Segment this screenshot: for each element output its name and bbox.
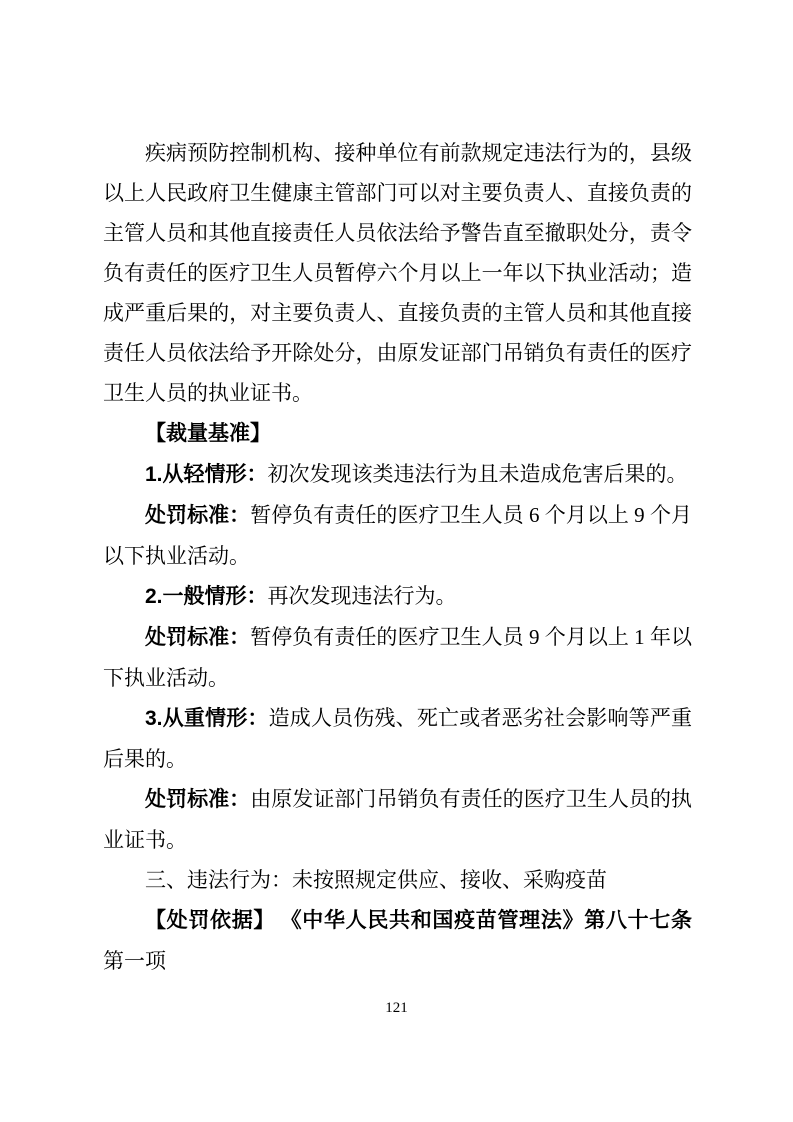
heading-discretion-criteria-label: 【裁量基准】 — [145, 422, 271, 445]
item-2-general-text: 再次发现违法行为。 — [268, 584, 457, 608]
penalty-basis-tail: 第一项 — [103, 949, 166, 973]
item-3-severe-circumstance: 3.从重情形：造成人员伤残、死亡或者恶劣社会影响等严重后果的。 — [103, 698, 692, 779]
item-1-lenient-label: 1.从轻情形： — [145, 463, 268, 486]
item-1-penalty-label: 处罚标准： — [145, 504, 250, 527]
paragraph-violation-consequences: 疾病预防控制机构、接种单位有前款规定违法行为的，县级以上人民政府卫生健康主管部门… — [103, 133, 692, 413]
item-1-lenient-text: 初次发现该类违法行为且未造成危害后果的。 — [268, 462, 688, 486]
item-2-general-label: 2.一般情形： — [145, 585, 268, 608]
section-3-violation-title: 三、违法行为：未按照规定供应、接收、采购疫苗 — [103, 860, 692, 900]
penalty-basis-label: 【处罚依据】 — [145, 909, 275, 932]
item-3-penalty-label: 处罚标准： — [145, 788, 250, 811]
item-1-penalty-standard: 处罚标准：暂停负有责任的医疗卫生人员 6 个月以上 9 个月以下执业活动。 — [103, 495, 692, 576]
item-2-penalty-standard: 处罚标准：暂停负有责任的医疗卫生人员 9 个月以上 1 年以下执业活动。 — [103, 617, 692, 698]
item-1-lenient-circumstance: 1.从轻情形：初次发现该类违法行为且未造成危害后果的。 — [103, 454, 692, 495]
penalty-basis-paragraph: 【处罚依据】《中华人民共和国疫苗管理法》第八十七条第一项 — [103, 900, 692, 981]
document-body: 疾病预防控制机构、接种单位有前款规定违法行为的，县级以上人民政府卫生健康主管部门… — [103, 133, 692, 981]
item-3-severe-label: 3.从重情形： — [145, 707, 269, 730]
page-number: 121 — [0, 998, 793, 1018]
document-page: 疾病预防控制机构、接种单位有前款规定违法行为的，县级以上人民政府卫生健康主管部门… — [0, 0, 793, 1122]
item-3-penalty-standard: 处罚标准：由原发证部门吊销负有责任的医疗卫生人员的执业证书。 — [103, 779, 692, 860]
item-2-penalty-label: 处罚标准： — [145, 626, 250, 649]
heading-discretion-criteria: 【裁量基准】 — [103, 413, 692, 454]
item-2-general-circumstance: 2.一般情形：再次发现违法行为。 — [103, 576, 692, 617]
penalty-basis-citation: 《中华人民共和国疫苗管理法》第八十七条 — [291, 908, 692, 932]
